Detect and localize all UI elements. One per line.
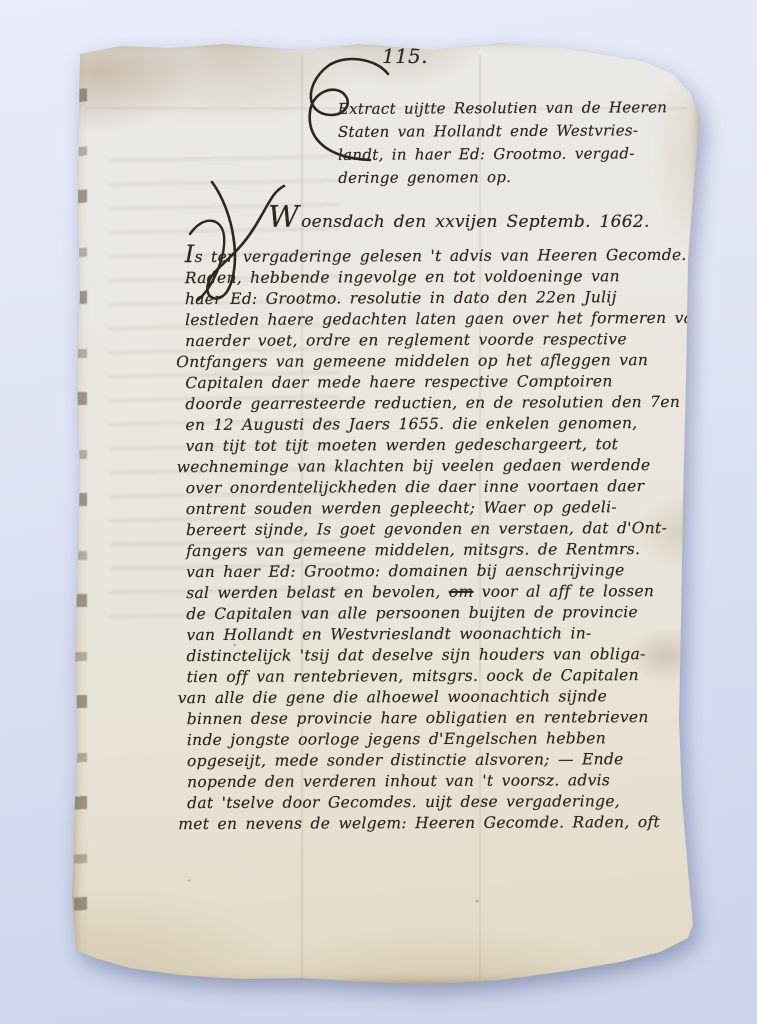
handwriting-line: nopende den verderen inhout van 't voors… (187, 770, 679, 793)
handwriting-line: inde jongste oorloge jegens d'Engelschen… (187, 728, 679, 751)
handwriting-line: wechneminge van klachten bij veelen geda… (177, 455, 678, 478)
handwriting-line: Capitalen daer mede haere respective Com… (185, 371, 677, 394)
handwriting-line: Ontfangers van gemeene middelen op het a… (176, 350, 677, 373)
handwriting-line: de Capitalen van alle persoonen buijten … (186, 602, 678, 625)
handwriting-line: fangers van gemeene middelen, mitsgrs. d… (186, 539, 678, 562)
binding-edge (74, 55, 87, 955)
handwriting-line: bereert sijnde, Is goet gevonden en vers… (186, 518, 678, 541)
header-line: deringe genomen op. (338, 165, 688, 190)
handwriting-line: distinctelijck 'tsij dat deselve sijn ho… (186, 644, 678, 667)
handwriting-line: van Hollandt en Westvrieslandt woonachti… (186, 623, 678, 646)
struck-word: om (449, 583, 474, 601)
handwriting-line: van tijt tot tijt moeten werden gedescha… (186, 434, 678, 457)
handwriting-line: tien off van rentebrieven, mitsgrs. oock… (187, 665, 679, 688)
handwriting-line: naerder voet, ordre en reglement voorde … (185, 329, 677, 352)
handwriting-line: Raden, hebbende ingevolge en tot voldoen… (185, 266, 677, 289)
handwriting-line: met en nevens de welgem: Heeren Gecomde.… (178, 812, 679, 835)
handwriting-line: doorde gearresteerde reductien, en de re… (185, 392, 677, 415)
photo-background: 115. Extract uijtte Resolutien van de He… (0, 0, 757, 1024)
handwriting-line: dat 'tselve door Gecomdes. uijt dese ver… (187, 791, 679, 814)
date-initial: W (268, 200, 299, 235)
handwriting-line: en 12 Augusti des Jaers 1655. die enkele… (185, 413, 677, 436)
header-line: Staten van Hollandt ende Westvries- (338, 119, 688, 144)
paper-shadow: 115. Extract uijtte Resolutien van de He… (0, 0, 757, 1024)
handwriting-line: van alle die gene die alhoewel woonachti… (178, 686, 679, 709)
header-line: Extract uijtte Resolutien van de Heeren (338, 96, 688, 121)
header-text: Extract uijtte Resolutien van de HeerenS… (338, 96, 688, 190)
date-line: Woensdach den xxvijen Septemb. 1662. (268, 200, 650, 235)
header-line: landt, in haer Ed: Grootmo. vergad- (338, 142, 688, 167)
handwriting-line: ontrent souden werden gepleecht; Waer op… (186, 497, 678, 520)
handwriting-line: Is ter vergaderinge gelesen 't advis van… (185, 242, 677, 268)
handwriting-line: over onordentelijckheden die daer inne v… (186, 476, 678, 499)
handwriting-line: binnen dese provincie hare obligatien en… (187, 707, 679, 730)
handwriting-line: lestleden haere gedachten laten gaen ove… (185, 308, 677, 331)
handwriting-line: opgeseijt, mede sonder distinctie alsvor… (187, 749, 679, 772)
paper-sheet: 115. Extract uijtte Resolutien van de He… (0, 0, 757, 1024)
date-text: oensdach den xxvijen Septemb. 1662. (301, 212, 650, 232)
handwriting-line: haer Ed: Grootmo. resolutie in dato den … (185, 287, 677, 310)
body-text: Is ter vergaderinge gelesen 't advis van… (185, 242, 680, 835)
handwriting-line: van haer Ed: Grootmo: domainen bij aensc… (186, 560, 678, 583)
handwriting-line: sal werden belast en bevolen, om voor al… (186, 581, 678, 604)
